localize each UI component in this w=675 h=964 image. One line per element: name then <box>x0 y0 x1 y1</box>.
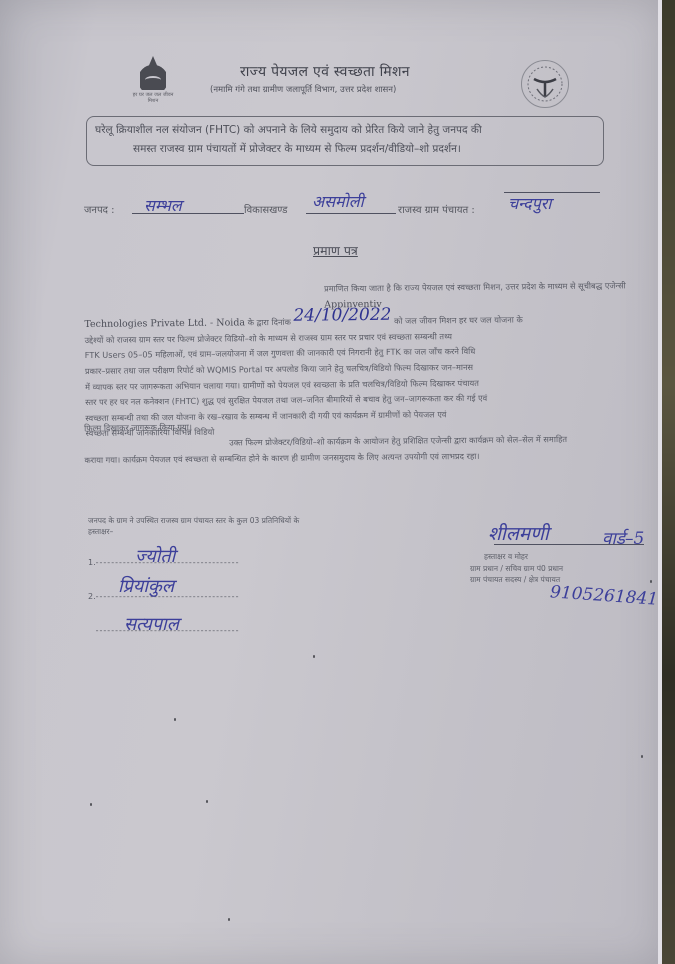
paper-speck <box>228 918 230 921</box>
agency-name-part2: Technologies Private Ltd. - Noida <box>84 318 245 331</box>
witness-signature-2: प्रियांकुल <box>118 574 174 598</box>
witness-number: 1. <box>88 558 96 567</box>
subject-line-2: समस्त राजस्व ग्राम पंचायतों में प्रोजेक्… <box>95 140 595 159</box>
subject-box: घरेलू क्रियाशील नल संयोजन (FHTC) को अपना… <box>86 116 604 166</box>
program-date: 24/10/2022 <box>293 305 391 326</box>
paper-speck <box>206 800 208 803</box>
background-surface <box>661 0 675 964</box>
uttar-pradesh-emblem-icon <box>521 60 569 108</box>
certificate-body-2: फिल्म दिखाकर जागरूक किया गया। उक्त फिल्म… <box>84 414 664 468</box>
document-page: हर घर जल जल जीवन मिशन राज्य पेयजल एवं स्… <box>0 0 662 964</box>
block-value: असमोली <box>312 190 364 212</box>
witness-intro: जनपद के ग्राम ने उपस्थित राजस्व ग्राम पं… <box>88 515 408 537</box>
body-line-2-post: को जल जीवन मिशन हर घर जल योजना के <box>394 315 523 326</box>
phone-number: 9105261841 <box>549 582 658 609</box>
subject-line-1: घरेलू क्रियाशील नल संयोजन (FHTC) को अपना… <box>95 121 595 140</box>
witness-signature-1: ज्योती <box>135 544 175 568</box>
ward-number: वार्ड–5 <box>602 526 644 549</box>
paper-speck <box>90 803 92 806</box>
block-label: विकासखण्ड <box>244 202 287 216</box>
location-fields: जनपद : सम्भल विकासखण्ड असमोली राजस्व ग्र… <box>84 188 604 218</box>
paper-speck <box>641 755 643 758</box>
designation-line-2: ग्राम पंचायत सदस्य / क्षेत्र पंचायत <box>470 575 560 585</box>
organization-title: राज्य पेयजल एवं स्वच्छता मिशन <box>240 62 410 81</box>
signature-label: हस्ताक्षर व मोहर <box>484 552 528 562</box>
witness-number: 2. <box>88 592 96 601</box>
panchayat-label: राजस्व ग्राम पंचायत : <box>398 202 475 216</box>
witness-signature-3: सत्यपाल <box>124 612 179 636</box>
designation-line-1: ग्राम प्रधान / सचिव ग्राम पं0 प्रधान <box>470 564 563 574</box>
paper-speck <box>174 718 176 721</box>
paper-speck <box>313 655 315 658</box>
paper-speck <box>650 580 652 583</box>
body-line-2-pre: के द्वारा दिनांक <box>248 317 291 327</box>
witness-intro-line-1: जनपद के ग्राम ने उपस्थित राजस्व ग्राम पं… <box>88 515 408 526</box>
certificate-title: प्रमाण पत्र <box>313 242 358 259</box>
body-line-1: प्रमाणित किया जाता है कि राज्य पेयजल एवं… <box>324 280 626 293</box>
witness-intro-line-2: हस्ताक्षर– <box>88 526 408 537</box>
logo-caption: हर घर जल जल जीवन मिशन <box>128 92 178 104</box>
district-label: जनपद : <box>84 202 115 216</box>
signatory-signature: शीलमणी <box>488 520 549 546</box>
organization-subtitle: (नमामि गंगे तथा ग्रामीण जलापूर्ति विभाग,… <box>210 84 396 95</box>
panchayat-value: चन्दपुरा <box>508 192 551 214</box>
jal-jeevan-mission-drop-icon: हर घर जल जल जीवन मिशन <box>128 56 178 106</box>
district-value: सम्भल <box>144 194 182 216</box>
